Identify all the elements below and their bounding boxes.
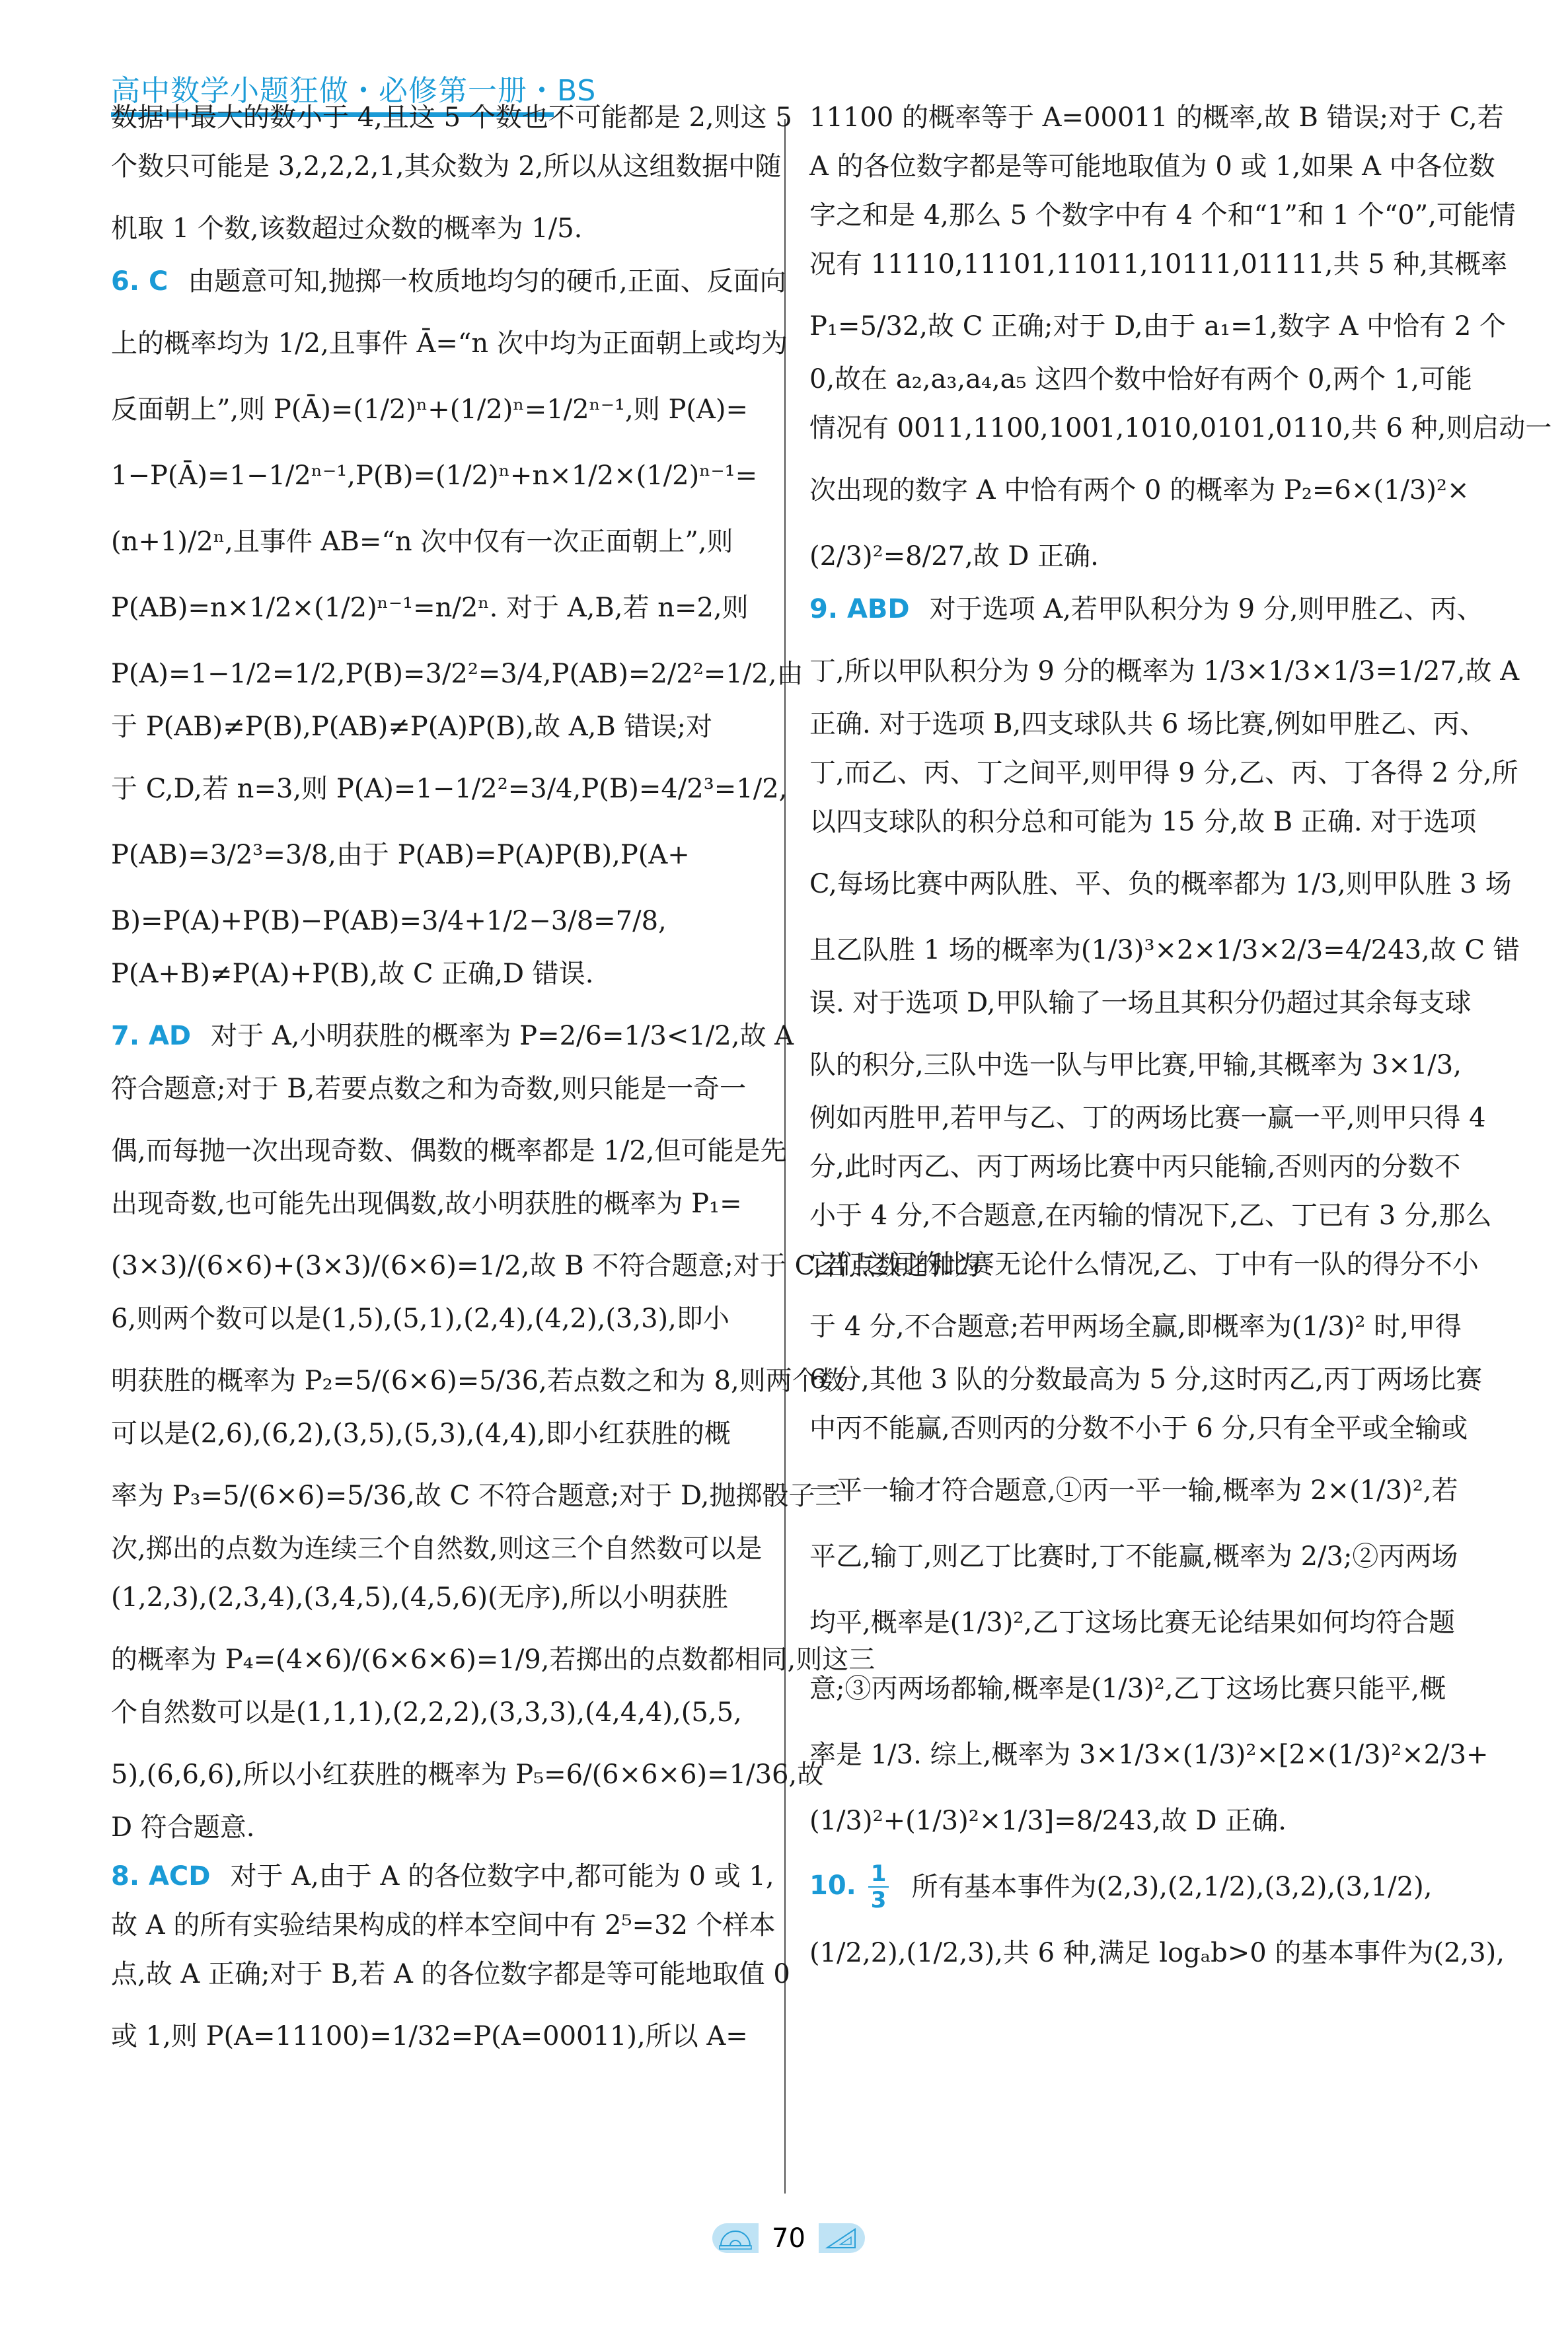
page-number: 70 xyxy=(772,2223,805,2254)
text-line: P(AB)=3/2³=3/8,由于 P(AB)=P(A)P(B),P(A+ xyxy=(111,829,772,881)
text-line: 偶,而每抛一次出现奇数、偶数的概率都是 1/2,但可能是先 xyxy=(111,1125,772,1177)
text-line: 分,此时丙乙、丙丁两场比赛中丙只能输,否则丙的分数不 xyxy=(809,1154,1470,1180)
text-line: A 的各位数字都是等可能地取值为 0 或 1,如果 A 中各位数 xyxy=(809,153,1470,180)
text-line: 机取 1 个数,该数超过众数的概率为 1/5. xyxy=(111,202,772,255)
left-column: 数据中最大的数小于 4,且这 5 个数也不可能都是 2,则这 5 个数只可能是 … xyxy=(111,104,772,2076)
text-line: 对于 A,小明获胜的概率为 P=2/6=1/3<1/2,故 A xyxy=(211,1023,794,1049)
text-line: P(AB)=n×1/2×(1/2)ⁿ⁻¹=n/2ⁿ. 对于 A,B,若 n=2,… xyxy=(111,581,772,634)
text-line: 上的概率均为 1/2,且事件 Ā=“n 次中均为正面朝上或均为 xyxy=(111,317,772,370)
text-line: 它们之间的比赛无论什么情况,乙、丁中有一队的得分不小 xyxy=(809,1251,1470,1278)
text-line: 丁,而乙、丙、丁之间平,则甲得 9 分,乙、丙、丁各得 2 分,所 xyxy=(809,760,1470,786)
text-line: 个数只可能是 3,2,2,2,1,其众数为 2,所以从这组数据中随 xyxy=(111,153,772,180)
text-line: (n+1)/2ⁿ,且事件 AB=“n 次中仅有一次正面朝上”,则 xyxy=(111,515,772,568)
protractor-icon xyxy=(712,2223,759,2253)
text-line: D 符合题意. xyxy=(111,1814,772,1841)
question-number: 10. 1 3 xyxy=(809,1861,891,1913)
text-line: 6,则两个数可以是(1,5),(5,1),(2,4),(4,2),(3,3),即… xyxy=(111,1306,772,1332)
text-line: 明获胜的概率为 P₂=5/(6×6)=5/36,若点数之和为 8,则两个数 xyxy=(111,1354,772,1407)
text-line: 故 A 的所有实验结果构成的样本空间中有 2⁵=32 个样本 xyxy=(111,1912,772,1938)
text-line: 6 分,其他 3 队的分数最高为 5 分,这时丙乙,丙丁两场比赛 xyxy=(809,1366,1470,1393)
text-line: 率是 1/3. 综上,概率为 3×1/3×(1/3)²×[2×(1/3)²×2/… xyxy=(809,1728,1470,1781)
text-line: 由题意可知,抛掷一枚质地均匀的硬币,正面、反面向 xyxy=(188,268,786,295)
text-line: B)=P(A)+P(B)−P(AB)=3/4+1/2−3/8=7/8, xyxy=(111,895,772,947)
text-line: 况有 11110,11101,11011,10111,01111,共 5 种,其… xyxy=(809,251,1470,277)
text-line: (1/3)²+(1/3)²×1/3]=8/243,故 D 正确. xyxy=(809,1794,1470,1847)
text-line: 11100 的概率等于 A=00011 的概率,故 B 错误;对于 C,若 xyxy=(809,104,1470,131)
question-number: 7. AD xyxy=(111,1023,191,1049)
text-line: 情况有 0011,1100,1001,1010,0101,0110,共 6 种,… xyxy=(809,415,1470,441)
text-line: 字之和是 4,那么 5 个数字中有 4 个和“1”和 1 个“0”,可能情 xyxy=(809,202,1470,229)
text-line: 正确. 对于选项 B,四支球队共 6 场比赛,例如甲胜乙、丙、 xyxy=(809,711,1470,737)
text-line: 数据中最大的数小于 4,且这 5 个数也不可能都是 2,则这 5 xyxy=(111,104,772,131)
text-line: 点,故 A 正确;对于 B,若 A 的各位数字都是等可能地取值 0 xyxy=(111,1961,772,1987)
solution-9: 9. ABD 对于选项 A,若甲队积分为 9 分,则甲胜乙、丙、 丁,所以甲队积… xyxy=(809,596,1470,1847)
text-line: 符合题意;对于 B,若要点数之和为奇数,则只能是一奇一 xyxy=(111,1076,772,1102)
solution-8-continued: 11100 的概率等于 A=00011 的概率,故 B 错误;对于 C,若 A … xyxy=(809,104,1470,583)
text-line: 平乙,输丁,则乙丁比赛时,丁不能赢,概率为 2/3;②丙两场 xyxy=(809,1530,1470,1583)
text-line: 丁,所以甲队积分为 9 分的概率为 1/3×1/3×1/3=1/27,故 A xyxy=(809,645,1470,698)
text-line: 对于选项 A,若甲队积分为 9 分,则甲胜乙、丙、 xyxy=(930,596,1483,622)
text-line: 反面朝上”,则 P(Ā)=(1/2)ⁿ+(1/2)ⁿ=1/2ⁿ⁻¹,则 P(A)… xyxy=(111,383,772,436)
right-column: 11100 的概率等于 A=00011 的概率,故 B 错误;对于 C,若 A … xyxy=(809,104,1470,1993)
text-line: (1,2,3),(2,3,4),(3,4,5),(4,5,6)(无序),所以小明… xyxy=(111,1584,772,1611)
text-line: 出现奇数,也可能先出现偶数,故小明获胜的概率为 P₁= xyxy=(111,1191,772,1217)
text-line: 的概率为 P₄=(4×6)/(6×6×6)=1/9,若掷出的点数都相同,则这三 xyxy=(111,1633,772,1686)
text-line: 意;③丙两场都输,概率是(1/3)²,乙丁这场比赛只能平,概 xyxy=(809,1662,1470,1715)
text-line: 均平,概率是(1/3)²,乙丁这场比赛无论结果如何均符合题 xyxy=(809,1596,1470,1649)
page-footer: 70 xyxy=(712,2223,865,2253)
text-line: 误. 对于选项 D,甲队输了一场且其积分仍超过其余每支球 xyxy=(809,990,1470,1016)
text-line: 5),(6,6,6),所以小红获胜的概率为 P₅=6/(6×6×6)=1/36,… xyxy=(111,1748,772,1801)
text-line: 次出现的数字 A 中恰有两个 0 的概率为 P₂=6×(1/3)²× xyxy=(809,464,1470,517)
text-line: 以四支球队的积分总和可能为 15 分,故 B 正确. 对于选项 xyxy=(809,809,1470,835)
solution-7: 7. AD 对于 A,小明获胜的概率为 P=2/6=1/3<1/2,故 A 符合… xyxy=(111,1010,772,1841)
text-line: 例如丙胜甲,若甲与乙、丁的两场比赛一赢一平,则甲只得 4 xyxy=(809,1105,1470,1131)
text-line: 队的积分,三队中选一队与甲比赛,甲输,其概率为 3×1/3, xyxy=(809,1039,1470,1091)
text-line: 1−P(Ā)=1−1/2ⁿ⁻¹,P(B)=(1/2)ⁿ+n×1/2×(1/2)ⁿ… xyxy=(111,449,772,502)
text-line: 于 C,D,若 n=3,则 P(A)=1−1/2²=3/4,P(B)=4/2³=… xyxy=(111,762,772,815)
solution-10: 10. 1 3 所有基本事件为(2,3),(2,1/2),(3,2),(3,1/… xyxy=(809,1861,1470,1979)
set-square-icon xyxy=(819,2223,865,2253)
text-line: C,每场比赛中两队胜、平、负的概率都为 1/3,则甲队胜 3 场 xyxy=(809,858,1470,910)
text-line: 率为 P₃=5/(6×6)=5/36,故 C 不符合题意;对于 D,抛掷骰子三 xyxy=(111,1469,772,1522)
text-line: 或 1,则 P(A=11100)=1/32=P(A=00011),所以 A= xyxy=(111,2010,772,2063)
text-line: 可以是(2,6),(6,2),(3,5),(5,3),(4,4),即小红获胜的概 xyxy=(111,1421,772,1447)
text-line: 个自然数可以是(1,1,1),(2,2,2),(3,3,3),(4,4,4),(… xyxy=(111,1699,772,1726)
solution-6: 6. C 由题意可知,抛掷一枚质地均匀的硬币,正面、反面向 上的概率均为 1/2… xyxy=(111,268,772,987)
question-number: 8. ACD xyxy=(111,1863,210,1890)
text-line: P₁=5/32,故 C 正确;对于 D,由于 a₁=1,数字 A 中恰有 2 个 xyxy=(809,300,1470,353)
solution-8: 8. ACD 对于 A,由于 A 的各位数字中,都可能为 0 或 1, 故 A … xyxy=(111,1863,772,2063)
text-line: 所有基本事件为(2,3),(2,1/2),(3,2),(3,1/2), xyxy=(911,1874,1432,1900)
text-line: (1/2,2),(1/2,3),共 6 种,满足 logₐb>0 的基本事件为(… xyxy=(809,1927,1470,1979)
text-line: 于 P(AB)≠P(B),P(AB)≠P(A)P(B),故 A,B 错误;对 xyxy=(111,714,772,740)
text-line: 次,掷出的点数为连续三个自然数,则这三个自然数可以是 xyxy=(111,1535,772,1562)
answer-fraction: 1 3 xyxy=(868,1861,889,1913)
text-line: 小于 4 分,不合题意,在丙输的情况下,乙、丁已有 3 分,那么 xyxy=(809,1202,1470,1229)
text-line: P(A+B)≠P(A)+P(B),故 C 正确,D 错误. xyxy=(111,961,772,987)
text-line: 中丙不能赢,否则丙的分数不小于 6 分,只有全平或全输或 xyxy=(809,1415,1470,1442)
text-line: 且乙队胜 1 场的概率为(1/3)³×2×1/3×2/3=4/243,故 C 错 xyxy=(809,924,1470,977)
text-line: 对于 A,由于 A 的各位数字中,都可能为 0 或 1, xyxy=(230,1863,774,1890)
text-line: 于 4 分,不合题意;若甲两场全赢,即概率为(1/3)² 时,甲得 xyxy=(809,1300,1470,1353)
question-number: 9. ABD xyxy=(809,596,910,622)
text-line: (3×3)/(6×6)+(3×3)/(6×6)=1/2,故 B 不符合题意;对于… xyxy=(111,1239,772,1292)
text-line: (2/3)²=8/27,故 D 正确. xyxy=(809,530,1470,583)
text-line: 0,故在 a₂,a₃,a₄,a₅ 这四个数中恰好有两个 0,两个 1,可能 xyxy=(809,366,1470,392)
text-line: P(A)=1−1/2=1/2,P(B)=3/2²=3/4,P(AB)=2/2²=… xyxy=(111,647,772,700)
text-line: 一平一输才符合题意,①丙一平一输,概率为 2×(1/3)²,若 xyxy=(809,1464,1470,1517)
question-number: 6. C xyxy=(111,268,168,295)
